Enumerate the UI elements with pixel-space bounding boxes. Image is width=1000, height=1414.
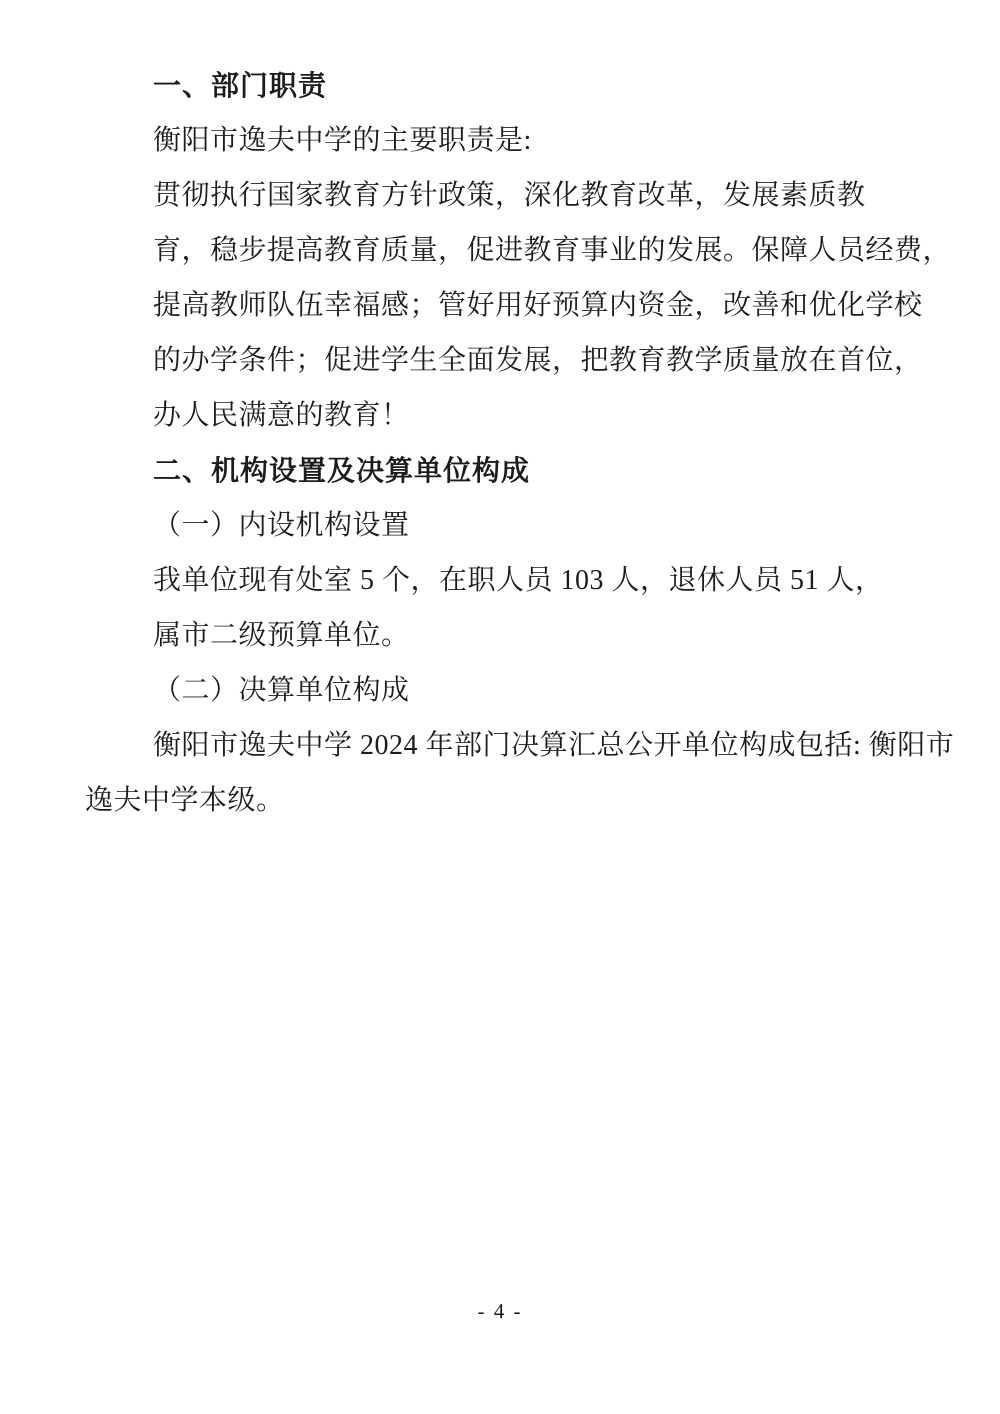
document-body: 一、部门职责 衡阳市逸夫中学的主要职责是: 贯彻执行国家教育方针政策，深化教育改… xyxy=(85,58,930,828)
section-2-heading: 二、机构设置及决算单位构成 xyxy=(85,443,930,498)
section-1-body-line-4: 的办学条件；促进学生全面发展，把教育教学质量放在首位， xyxy=(85,333,930,388)
section-2-sub-1-line-1: 我单位现有处室 5 个，在职人员 103 人，退休人员 51 人， xyxy=(85,553,930,608)
section-2-sub-1-line-2: 属市二级预算单位。 xyxy=(85,608,930,663)
document-page: 一、部门职责 衡阳市逸夫中学的主要职责是: 贯彻执行国家教育方针政策，深化教育改… xyxy=(0,0,1000,1414)
section-1-heading: 一、部门职责 xyxy=(85,58,930,113)
section-1-body-line-1: 贯彻执行国家教育方针政策，深化教育改革，发展素质教 xyxy=(85,168,930,223)
section-1-body-line-5: 办人民满意的教育！ xyxy=(85,388,930,443)
section-2-sub-2-line-1: 衡阳市逸夫中学 2024 年部门决算汇总公开单位构成包括: 衡阳市 xyxy=(85,718,930,773)
section-1-intro-line: 衡阳市逸夫中学的主要职责是: xyxy=(85,113,930,168)
section-2-sub-1-heading: （一）内设机构设置 xyxy=(85,498,930,553)
section-2-sub-2-heading: （二）决算单位构成 xyxy=(85,663,930,718)
section-2-sub-2-line-2: 逸夫中学本级。 xyxy=(85,773,930,828)
section-1-body-line-2: 育，稳步提高教育质量，促进教育事业的发展。保障人员经费， xyxy=(85,223,930,278)
section-1-body-line-3: 提高教师队伍幸福感；管好用好预算内资金，改善和优化学校 xyxy=(85,278,930,333)
page-number: - 4 - xyxy=(0,1296,1000,1326)
